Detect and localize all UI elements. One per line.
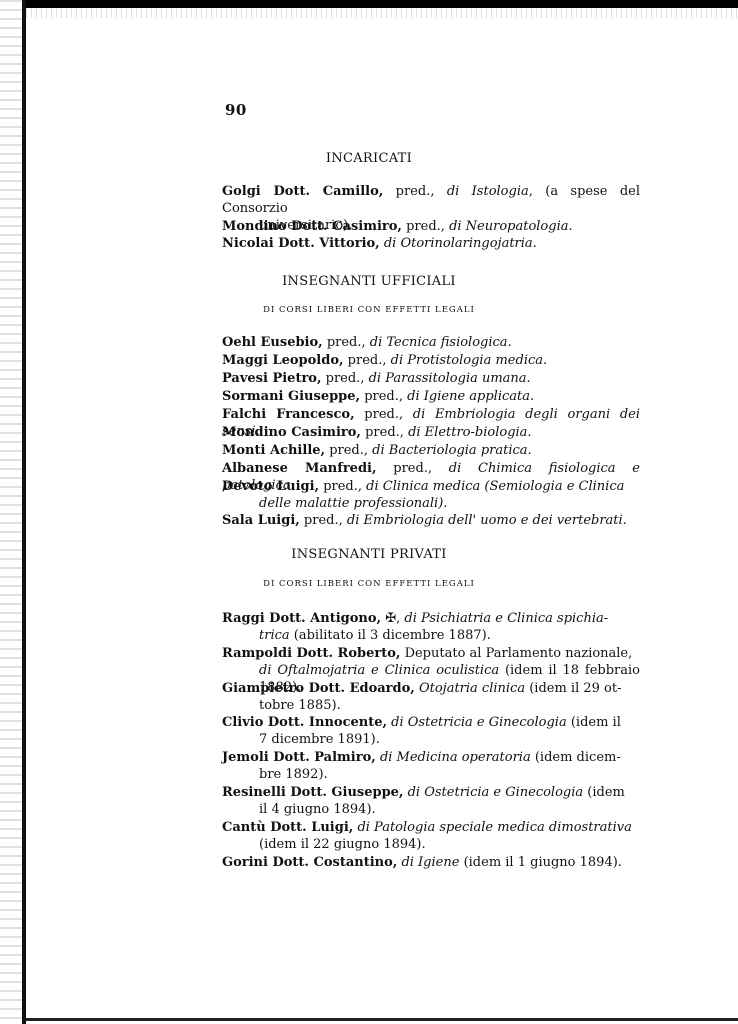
entry-subject: di Parassitologia umana.: [369, 371, 531, 386]
entry-name: Sormani Giuseppe,: [222, 389, 360, 404]
entry-item: Monti Achille, pred., di Bacteriologia p…: [222, 442, 640, 459]
entry-item: Resinelli Dott. Giuseppe, di Ostetricia …: [222, 784, 640, 818]
entry-subject: di Igiene: [401, 855, 459, 870]
entry-item: Raggi Dott. Antigono, ✠, di Psichiatria …: [222, 610, 640, 644]
entry-subject: di Medicina operatoria: [380, 750, 531, 765]
entry-subject: di Embriologia dell' uomo e dei vertebra…: [347, 513, 627, 528]
entry-name: Cantù Dott. Luigi,: [222, 820, 353, 835]
entry-subject: di Ostetricia e Ginecologia: [408, 785, 584, 800]
entry-name: Nicolai Dott. Vittorio,: [222, 236, 380, 251]
entry-item: Giampietro Dott. Edoardo, Otojatria clin…: [222, 680, 640, 714]
page-top-speckle: [26, 8, 738, 18]
entry-item: Gorini Dott. Costantino, di Igiene (idem…: [222, 854, 640, 871]
entry-subject: di Igiene applicata.: [407, 389, 534, 404]
entry-subject: Otojatria clinica: [419, 681, 525, 696]
entry-subject: di Patologia speciale medica dimostrativ…: [357, 820, 631, 835]
entry-item: Sala Luigi, pred., di Embriologia dell' …: [222, 512, 640, 529]
entry-item: Cantù Dott. Luigi, di Patologia speciale…: [222, 819, 640, 853]
entry-name: Pavesi Pietro,: [222, 371, 322, 386]
section-title-insegnanti-privati: INSEGNANTI PRIVATI: [0, 547, 738, 562]
entry-subject: di Bacteriologia pratica.: [372, 443, 532, 458]
entry-name: Golgi Dott. Camillo,: [222, 184, 383, 199]
entry-item: Oehl Eusebio, pred., di Tecnica fisiolog…: [222, 334, 640, 351]
entry-item: Maggi Leopoldo, pred., di Protistologia …: [222, 352, 640, 369]
section-subtitle: DI CORSI LIBERI CON EFFETTI LEGALI: [0, 579, 738, 589]
entry-name: Albanese Manfredi,: [222, 461, 377, 476]
entry-name: Clivio Dott. Innocente,: [222, 715, 387, 730]
entry-name: Maggi Leopoldo,: [222, 353, 344, 368]
cross-icon: ✠,: [381, 611, 404, 626]
entry-item: Jemoli Dott. Palmiro, di Medicina operat…: [222, 749, 640, 783]
entry-name: Jemoli Dott. Palmiro,: [222, 750, 376, 765]
entry-subject: di Tecnica fisiologica.: [370, 335, 512, 350]
entry-item: Clivio Dott. Innocente, di Ostetricia e …: [222, 714, 640, 748]
entry-name: Oehl Eusebio,: [222, 335, 323, 350]
entry-item: Mondino Dott. Casimiro, pred., di Neurop…: [222, 218, 640, 235]
entry-name: Rampoldi Dott. Roberto,: [222, 646, 400, 661]
entry-subject: di Otorinolaringojatria.: [384, 236, 537, 251]
entry-name: Giampietro Dott. Edoardo,: [222, 681, 415, 696]
entry-subject: di Neuropatologia.: [449, 219, 573, 234]
entry-name: Raggi Dott. Antigono,: [222, 611, 381, 626]
entry-name: Resinelli Dott. Giuseppe,: [222, 785, 403, 800]
entry-name: Devoto Luigi,: [222, 479, 319, 494]
section-title-incaricati: INCARICATI: [0, 151, 738, 166]
entry-subject: di Istologia: [447, 184, 529, 199]
page-bottom-border: [26, 1018, 738, 1021]
entry-name: Sala Luigi,: [222, 513, 300, 528]
entry-subject: di Ostetricia e Ginecologia: [391, 715, 567, 730]
entry-subject: di Protistologia medica.: [391, 353, 548, 368]
entry-item: Pavesi Pietro, pred., di Parassitologia …: [222, 370, 640, 387]
entry-subject: di Elettro-biologia.: [408, 425, 532, 440]
entry-name: Monti Achille,: [222, 443, 325, 458]
entry-item: Nicolai Dott. Vittorio, di Otorinolaring…: [222, 235, 640, 252]
page-number: 90: [225, 101, 247, 119]
entry-subject: di Clinica medica (Semiologia e Clinica: [366, 479, 624, 494]
section-title-insegnanti-ufficiali: INSEGNANTI UFFICIALI: [0, 274, 738, 289]
entry-item: Mondino Casimiro, pred., di Elettro-biol…: [222, 424, 640, 441]
page-top-border: [26, 0, 738, 8]
entry-subject: di Psichiatria e Clinica spichia-: [404, 611, 608, 626]
entry-name: Falchi Francesco,: [222, 407, 355, 422]
section-subtitle: DI CORSI LIBERI CON EFFETTI LEGALI: [0, 305, 738, 315]
entry-name: Gorini Dott. Costantino,: [222, 855, 397, 870]
entry-item: Devoto Luigi, pred., di Clinica medica (…: [222, 478, 640, 512]
entry-name: Mondino Casimiro,: [222, 425, 361, 440]
entry-name: Mondino Dott. Casimiro,: [222, 219, 402, 234]
entry-item: Sormani Giuseppe, pred., di Igiene appli…: [222, 388, 640, 405]
